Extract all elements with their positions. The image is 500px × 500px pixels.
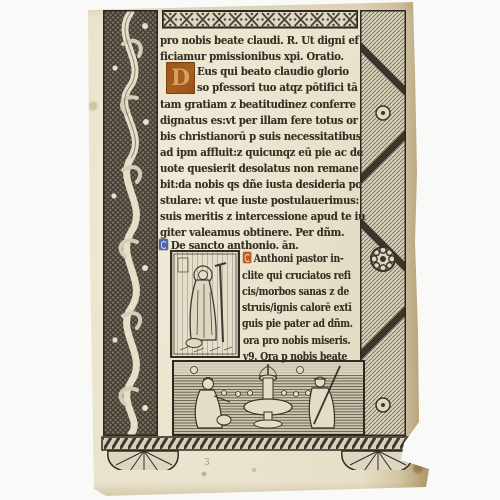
text-line: struis/ignis calorē extī <box>242 300 352 314</box>
line-text: so pfessori tuo atqz pōtifici tā <box>197 80 358 94</box>
text-line: Anthoni pastor in- <box>243 251 343 265</box>
text-line: giter valeamus obtinere. Per dñm. <box>160 225 344 239</box>
line-text: bis christianorū p suis necessitatibus <box>160 129 361 143</box>
line-text: struis/ignis calorē extī <box>242 300 352 314</box>
manuscript-leaf: D pro nobis beate claudi. R. Ut digni ef… <box>86 2 430 498</box>
line-text: ora pro nobis miseris. <box>243 333 350 347</box>
line-text: dignatus es:vt per illam fere totus or <box>160 113 358 127</box>
line-text: ad ipm affluit:z quicunqz eū pie ac de <box>160 145 363 159</box>
text-line: guis pie pater ad dñm. <box>242 316 353 330</box>
line-text: suis meritis z intercessione apud te iu <box>160 209 365 223</box>
text-line: dignatus es:vt per illam fere totus or <box>160 113 358 127</box>
text-line: ora pro nobis miseris. <box>243 333 350 347</box>
line-text: pro nobis beate claudi. R. Ut digni ef <box>160 33 359 47</box>
text-line: bis christianorū p suis necessitatibus <box>160 129 361 143</box>
line-text: tam gratiam z beatitudinez conferre <box>160 97 356 111</box>
foot-mark: 3 <box>204 458 210 468</box>
text-line: uote quesierit desolatus non remane <box>160 161 358 175</box>
line-text: v9. Ora p nobis beate <box>243 349 347 363</box>
line-text: ficiamur pmissionibus xpi. Oratio. <box>160 49 344 63</box>
text-line: suis meritis z intercessione apud te iu <box>160 209 365 223</box>
text-line: v9. Ora p nobis beate <box>243 349 347 363</box>
text-line: tam gratiam z beatitudinez conferre <box>160 97 356 111</box>
line-text: uote quesierit desolatus non remane <box>160 161 358 175</box>
line-text: clite qui cruciatos refi <box>242 268 351 282</box>
text-line: clite qui cruciatos refi <box>242 268 351 282</box>
line-text: De sancto anthonio. ān. <box>171 238 299 252</box>
line-text: cis/morbos sanas z de <box>242 284 349 298</box>
line-text: Anthoni pastor in- <box>254 251 344 265</box>
text-line: bit:da nobis qs dñe iusta desideria po <box>160 177 362 191</box>
blue-pilcrow-icon <box>159 239 168 250</box>
text-line: stulare: vt que iuste postulauerimus: <box>160 193 359 207</box>
line-text: stulare: vt que iuste postulauerimus: <box>160 193 359 207</box>
text-line: cis/morbos sanas z de <box>242 284 349 298</box>
text-line: ad ipm affluit:z quicunqz eū pie ac de <box>160 145 363 159</box>
text-line: pro nobis beate claudi. R. Ut digni ef <box>160 33 359 47</box>
line-text: bit:da nobis qs dñe iusta desideria po <box>160 177 362 191</box>
text-line: so pfessori tuo atqz pōtifici tā <box>197 80 358 94</box>
line-text: guis pie pater ad dñm. <box>242 316 353 330</box>
line-text: Eus qui beato claudio glorio <box>197 64 349 78</box>
text-block: pro nobis beate claudi. R. Ut digni effi… <box>86 2 430 498</box>
text-line: De sancto anthonio. ān. <box>159 238 299 252</box>
photo-background: D pro nobis beate claudi. R. Ut digni ef… <box>0 0 500 500</box>
line-text: giter valeamus obtinere. Per dñm. <box>160 225 344 239</box>
text-line: ficiamur pmissionibus xpi. Oratio. <box>160 49 344 63</box>
text-line: Eus qui beato claudio glorio <box>197 64 349 78</box>
orange-pilcrow-icon <box>243 252 251 263</box>
